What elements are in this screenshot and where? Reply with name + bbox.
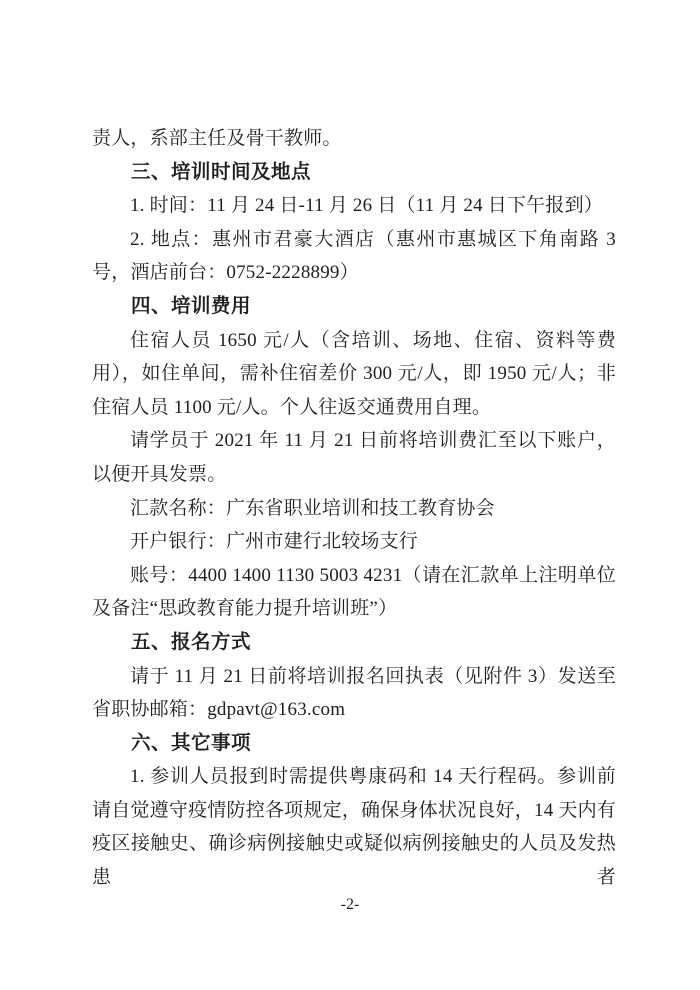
page-number: -2- — [0, 896, 700, 914]
paragraph-payment-deadline: 请学员于 2021 年 11 月 21 日前将培训费汇至以下账户，以便开具发票。 — [92, 424, 616, 491]
paragraph-covid-requirements: 1. 参训人员报到时需提供粤康码和 14 天行程码。参训前请自觉遵守疫情防控各项… — [92, 760, 616, 894]
section-heading-3-time-place: 三、培训时间及地点 — [92, 156, 616, 190]
paragraph-bank: 开户银行：广州市建行北较场支行 — [92, 525, 616, 559]
section-heading-5-registration: 五、报名方式 — [92, 626, 616, 660]
paragraph-time: 1. 时间：11 月 24 日-11 月 26 日（11 月 24 日下午报到） — [92, 189, 616, 223]
paragraph-fee-details: 住宿人员 1650 元/人（含培训、场地、住宿、资料等费用），如住单间，需补住宿… — [92, 324, 616, 425]
paragraph-continuation: 责人，系部主任及骨干教师。 — [92, 122, 616, 156]
document-page: 责人，系部主任及骨干教师。 三、培训时间及地点 1. 时间：11 月 24 日-… — [0, 0, 700, 990]
paragraph-place: 2. 地点：惠州市君豪大酒店（惠州市惠城区下角南路 3 号，酒店前台：0752-… — [92, 223, 616, 290]
document-body: 责人，系部主任及骨干教师。 三、培训时间及地点 1. 时间：11 月 24 日-… — [92, 122, 616, 895]
paragraph-registration-email: 请于 11 月 21 日前将培训报名回执表（见附件 3）发送至省职协邮箱：gdp… — [92, 660, 616, 727]
section-heading-4-fees: 四、培训费用 — [92, 290, 616, 324]
paragraph-account-number: 账号：4400 1400 1130 5003 4231（请在汇款单上注明单位及备… — [92, 559, 616, 626]
paragraph-remittance-name: 汇款名称：广东省职业培训和技工教育协会 — [92, 492, 616, 526]
section-heading-6-other: 六、其它事项 — [92, 727, 616, 761]
